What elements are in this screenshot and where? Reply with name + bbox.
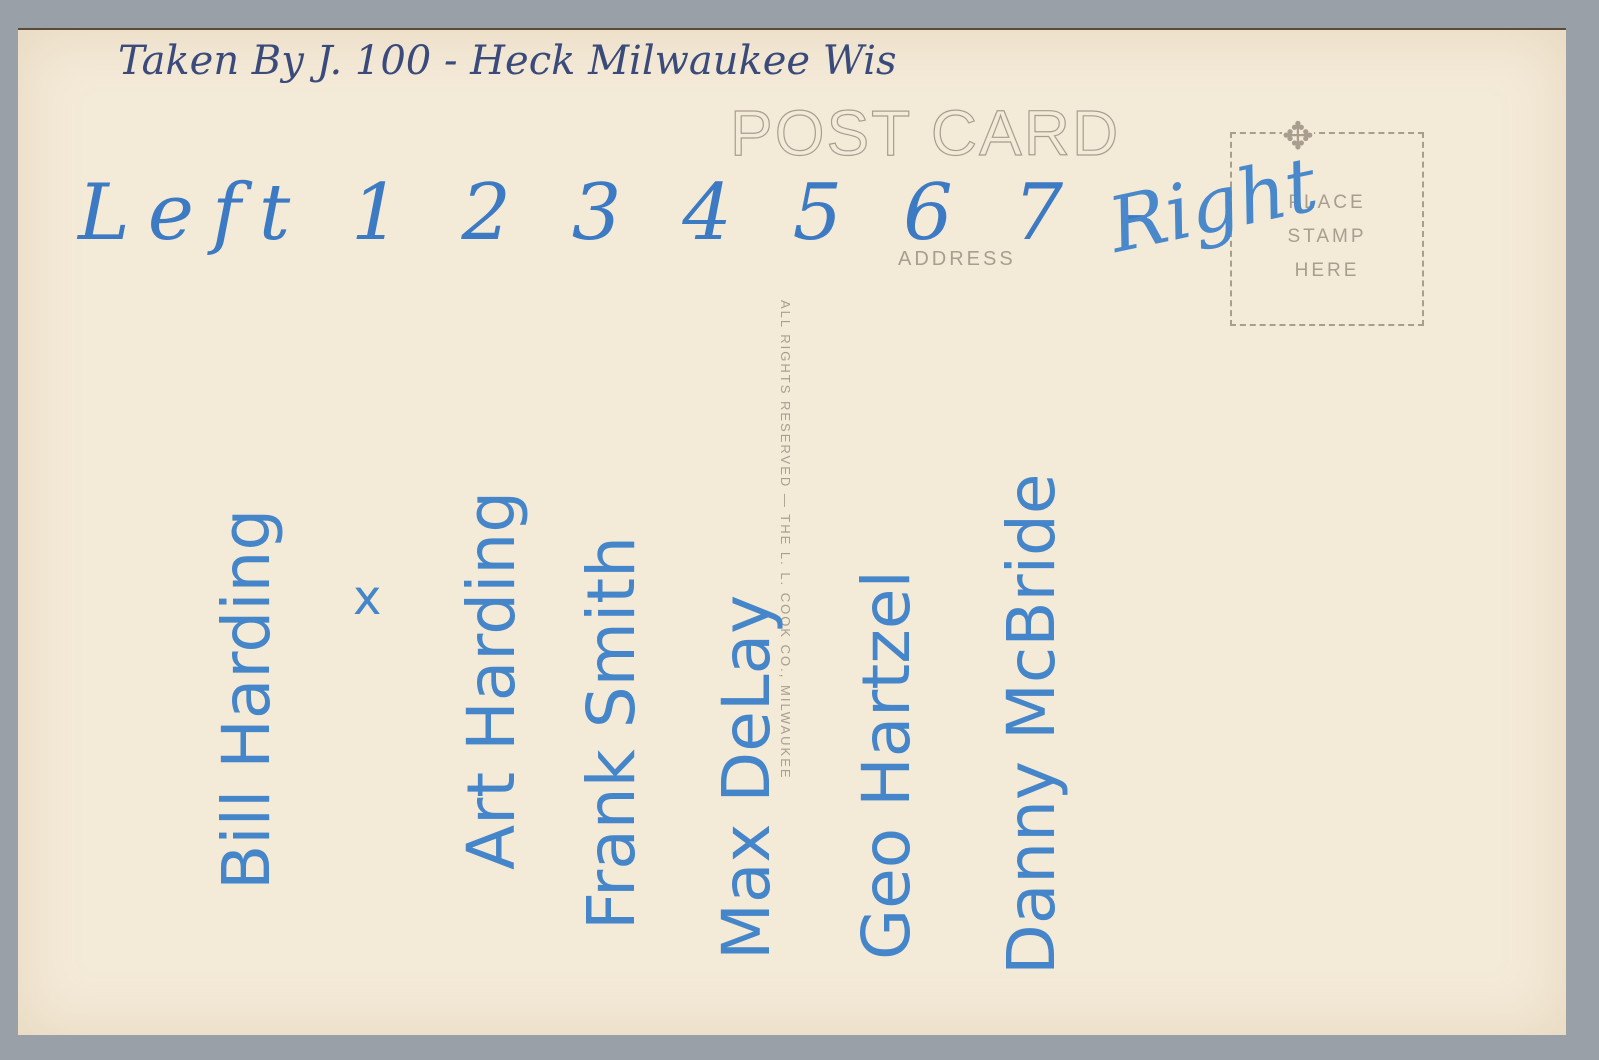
x-mark: x — [353, 570, 381, 626]
name-5: Geo Hartzel — [848, 570, 925, 960]
name-2: Art Harding — [453, 491, 530, 870]
name-1: Bill Harding — [208, 509, 285, 890]
name-4: Max DeLay — [708, 595, 785, 960]
postcard-back: Taken By J. 100 - Heck Milwaukee Wis POS… — [18, 28, 1566, 1035]
name-6: Danny McBride — [993, 474, 1070, 975]
name-3: Frank Smith — [573, 536, 650, 930]
photographer-note: Taken By J. 100 - Heck Milwaukee Wis — [118, 38, 897, 84]
postcard-title: POST CARD — [730, 96, 1120, 170]
position-numbers: Left 1 2 3 4 5 6 7 - — [78, 168, 1168, 258]
